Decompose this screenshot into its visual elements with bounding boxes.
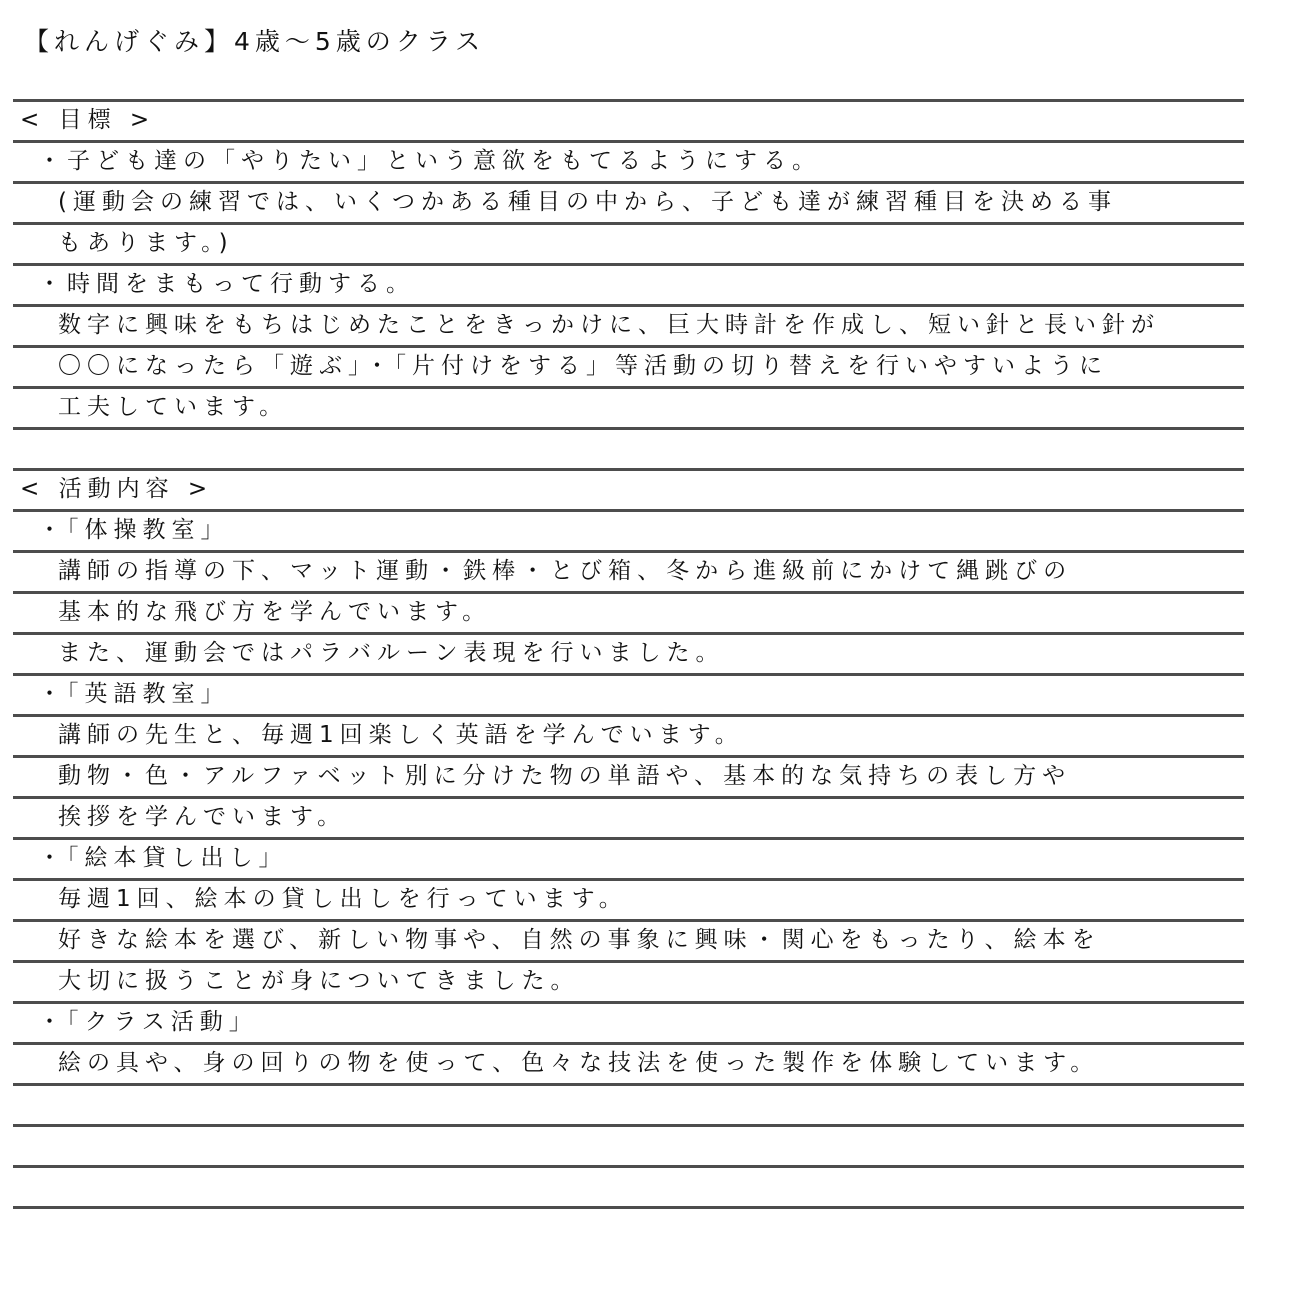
row-text: 動物・色・アルファベット別に分けた物の単語や、基本的な気持ちの表し方や	[13, 765, 1071, 796]
row-text: 工夫しています。	[13, 396, 288, 427]
text-row: 大切に扱うことが身についてきました。	[13, 963, 1244, 1004]
text-row: 好きな絵本を選び、新しい物事や、自然の事象に興味・関心をもったり、絵本を	[13, 922, 1244, 963]
text-row: ・「英語教室」	[13, 676, 1244, 717]
row-text: 絵の具や、身の回りの物を使って、色々な技法を使った製作を体験しています。	[13, 1052, 1099, 1083]
blank-row	[13, 1086, 1244, 1127]
row-text: < 活動内容 >	[13, 478, 213, 509]
blank-row	[13, 430, 1244, 471]
row-text: 講師の先生と、毎週1回楽しく英語を学んでいます。	[13, 724, 744, 755]
row-text: また、運動会ではパラバルーン表現を行いました。	[13, 642, 725, 673]
text-row: < 活動内容 >	[13, 471, 1244, 512]
text-row: 工夫しています。	[13, 389, 1244, 430]
blank-row	[13, 1168, 1244, 1209]
row-text: < 目標 >	[13, 109, 155, 140]
row-text: 基本的な飛び方を学んでいます。	[13, 601, 491, 632]
ruled-lines-area: < 目標 >・子ども達の「やりたい」という意欲をもてるようにする。(運動会の練習…	[13, 99, 1244, 1209]
text-row: (運動会の練習では、いくつかある種目の中から、子ども達が練習種目を決める事	[13, 184, 1244, 225]
row-text: 講師の指導の下、マット運動・鉄棒・とび箱、冬から進級前にかけて縄跳びの	[13, 560, 1072, 591]
text-row: ・「クラス活動」	[13, 1004, 1244, 1045]
text-row: 基本的な飛び方を学んでいます。	[13, 594, 1244, 635]
blank-row	[13, 1127, 1244, 1168]
page-title: 【れんげぐみ】4歳～5歳のクラス	[24, 27, 485, 57]
text-row: ・「絵本貸し出し」	[13, 840, 1244, 881]
text-row: 講師の指導の下、マット運動・鉄棒・とび箱、冬から進級前にかけて縄跳びの	[13, 553, 1244, 594]
row-text: 好きな絵本を選び、新しい物事や、自然の事象に興味・関心をもったり、絵本を	[13, 929, 1101, 960]
text-row: また、運動会ではパラバルーン表現を行いました。	[13, 635, 1244, 676]
text-row: 講師の先生と、毎週1回楽しく英語を学んでいます。	[13, 717, 1244, 758]
row-text: (運動会の練習では、いくつかある種目の中から、子ども達が練習種目を決める事	[13, 191, 1117, 222]
text-row: 挨拶を学んでいます。	[13, 799, 1244, 840]
row-text: ・「クラス活動」	[13, 1011, 258, 1042]
text-row: ・子ども達の「やりたい」という意欲をもてるようにする。	[13, 143, 1244, 184]
row-text: 数字に興味をもちはじめたことをきっかけに、巨大時計を作成し、短い針と長い針が	[13, 314, 1160, 345]
text-row: もあります。)	[13, 225, 1244, 266]
row-text: 毎週1回、絵本の貸し出しを行っています。	[13, 888, 628, 919]
document-page: 【れんげぐみ】4歳～5歳のクラス < 目標 >・子ども達の「やりたい」という意欲…	[0, 0, 1300, 1300]
row-text: ・「英語教室」	[13, 683, 230, 714]
row-text: ・「体操教室」	[13, 519, 230, 550]
row-text: 挨拶を学んでいます。	[13, 806, 346, 837]
text-row: 動物・色・アルファベット別に分けた物の単語や、基本的な気持ちの表し方や	[13, 758, 1244, 799]
text-row: 絵の具や、身の回りの物を使って、色々な技法を使った製作を体験しています。	[13, 1045, 1244, 1086]
row-text: ・「絵本貸し出し」	[13, 847, 288, 878]
text-row: ・時間をまもって行動する。	[13, 266, 1244, 307]
row-text: もあります。)	[13, 232, 234, 263]
row-text: 〇〇になったら「遊ぶ」・「片付けをする」等活動の切り替えを行いやすいように	[13, 355, 1108, 386]
row-text: 大切に扱うことが身についてきました。	[13, 970, 580, 1001]
text-row: 数字に興味をもちはじめたことをきっかけに、巨大時計を作成し、短い針と長い針が	[13, 307, 1244, 348]
text-row: < 目標 >	[13, 102, 1244, 143]
text-row: 毎週1回、絵本の貸し出しを行っています。	[13, 881, 1244, 922]
row-text: ・時間をまもって行動する。	[13, 273, 415, 304]
row-text: ・子ども達の「やりたい」という意欲をもてるようにする。	[13, 150, 821, 181]
text-row: 〇〇になったら「遊ぶ」・「片付けをする」等活動の切り替えを行いやすいように	[13, 348, 1244, 389]
text-row: ・「体操教室」	[13, 512, 1244, 553]
